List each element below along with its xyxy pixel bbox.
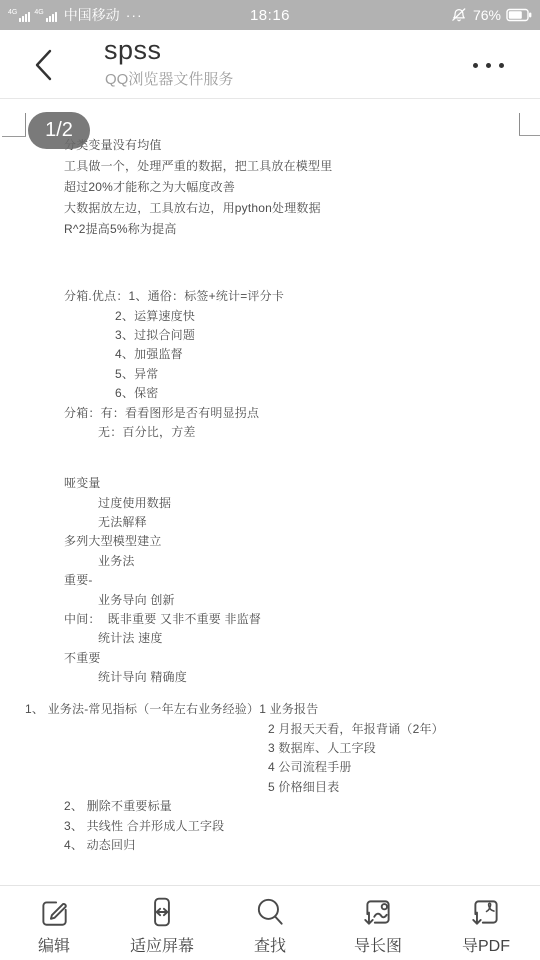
note-line: 5 价格细目表 (0, 777, 540, 796)
dot-icon (473, 63, 478, 68)
edit-button[interactable]: 编辑 (0, 886, 108, 960)
page-title: spss (104, 35, 162, 66)
back-button[interactable] (24, 42, 64, 88)
note-line: 工具做一个，处理严重的数据，把工具放在模型里 (0, 155, 540, 176)
note-line: R^2提高5%称为提高 (0, 218, 540, 239)
fit-screen-button[interactable]: 适应屏幕 (108, 886, 216, 960)
note-line: 中间： 既非重要 又非不重要 非监督 (0, 609, 540, 628)
note-line: 无法解释 (0, 512, 540, 531)
dot-icon (499, 63, 504, 68)
note-line: 2、 删除不重要标量 (0, 796, 540, 815)
page-corner-mark (25, 113, 26, 137)
page-subtitle: QQ浏览器文件服务 (105, 68, 233, 89)
page-corner-mark (519, 113, 520, 136)
mute-icon (450, 6, 468, 24)
search-icon (252, 894, 288, 930)
note-line: 4 公司流程手册 (0, 757, 540, 776)
tool-label: 编辑 (38, 933, 70, 956)
page-corner-mark (519, 135, 540, 136)
phone-screen: 4G 4G 中国移动 ··· 18:16 76% (0, 0, 540, 960)
note-line: 过度使用数据 (0, 492, 540, 511)
note-block: 分箱.优点：1、通俗：标签+统计=评分卡2、运算速度快3、过拟合问题4、加强监督… (0, 286, 540, 441)
status-bar: 4G 4G 中国移动 ··· 18:16 76% (0, 0, 540, 30)
note-line: 分箱：有：看看图形是否有明显拐点 (0, 402, 540, 421)
note-line: 1、 业务法-常见指标（一年左右业务经验）1 业务报告 (0, 699, 540, 718)
battery-percent: 76% (473, 7, 501, 23)
tool-label: 导长图 (354, 933, 402, 956)
export-pdf-icon (468, 894, 504, 930)
export-long-image-icon (360, 894, 396, 930)
find-button[interactable]: 查找 (216, 886, 324, 960)
status-right: 76% (450, 0, 532, 30)
tool-label: 适应屏幕 (130, 933, 194, 956)
note-line: 哑变量 (0, 473, 540, 492)
document-page[interactable]: 1/2 分类变量没有均值工具做一个，处理严重的数据，把工具放在模型里超过20%才… (0, 100, 540, 885)
page-indicator-badge: 1/2 (28, 112, 90, 149)
app-header: spss QQ浏览器文件服务 (0, 30, 540, 99)
note-block: 1、 业务法-常见指标（一年左右业务经验）1 业务报告2 月报天天看，年报背诵（… (0, 699, 540, 854)
edit-icon (36, 894, 72, 930)
note-line: 4、 动态回归 (0, 835, 540, 854)
note-line: 3、 共线性 合并形成人工字段 (0, 815, 540, 834)
note-block: 分类变量没有均值工具做一个，处理严重的数据，把工具放在模型里超过20%才能称之为… (0, 134, 540, 239)
note-line: 大数据放左边，工具放右边，用python处理数据 (0, 197, 540, 218)
note-line: 重要- (0, 570, 540, 589)
note-line: 统计法 速度 (0, 628, 540, 647)
export-pdf-button[interactable]: 导PDF (432, 886, 540, 960)
note-line: 超过20%才能称之为大幅度改善 (0, 176, 540, 197)
tool-label: 导PDF (462, 933, 510, 956)
note-line: 5、异常 (0, 364, 540, 383)
note-line: 多列大型模型建立 (0, 531, 540, 550)
note-line: 不重要 (0, 648, 540, 667)
note-line: 6、保密 (0, 383, 540, 402)
note-line: 业务法 (0, 551, 540, 570)
tool-label: 查找 (254, 933, 286, 956)
export-long-image-button[interactable]: 导长图 (324, 886, 432, 960)
dot-icon (486, 63, 491, 68)
back-chevron-icon (32, 45, 56, 85)
note-line: 2、运算速度快 (0, 305, 540, 324)
page-corner-mark (2, 136, 26, 137)
note-line: 2 月报天天看，年报背诵（2年） (0, 718, 540, 737)
note-line: 统计导向 精确度 (0, 667, 540, 686)
battery-icon (506, 8, 532, 22)
bottom-toolbar: 编辑 适应屏幕 查找 (0, 885, 540, 960)
note-line: 无：百分比，方差 (0, 422, 540, 441)
note-line: 业务导向 创新 (0, 589, 540, 608)
more-menu-button[interactable] (460, 48, 516, 82)
note-line: 4、加强监督 (0, 344, 540, 363)
fit-screen-icon (144, 894, 180, 930)
note-line: 3、过拟合问题 (0, 325, 540, 344)
note-line: 3 数据库、人工字段 (0, 738, 540, 757)
note-line: 分箱.优点：1、通俗：标签+统计=评分卡 (0, 286, 540, 305)
note-block: 哑变量过度使用数据无法解释多列大型模型建立业务法重要-业务导向 创新中间： 既非… (0, 473, 540, 686)
